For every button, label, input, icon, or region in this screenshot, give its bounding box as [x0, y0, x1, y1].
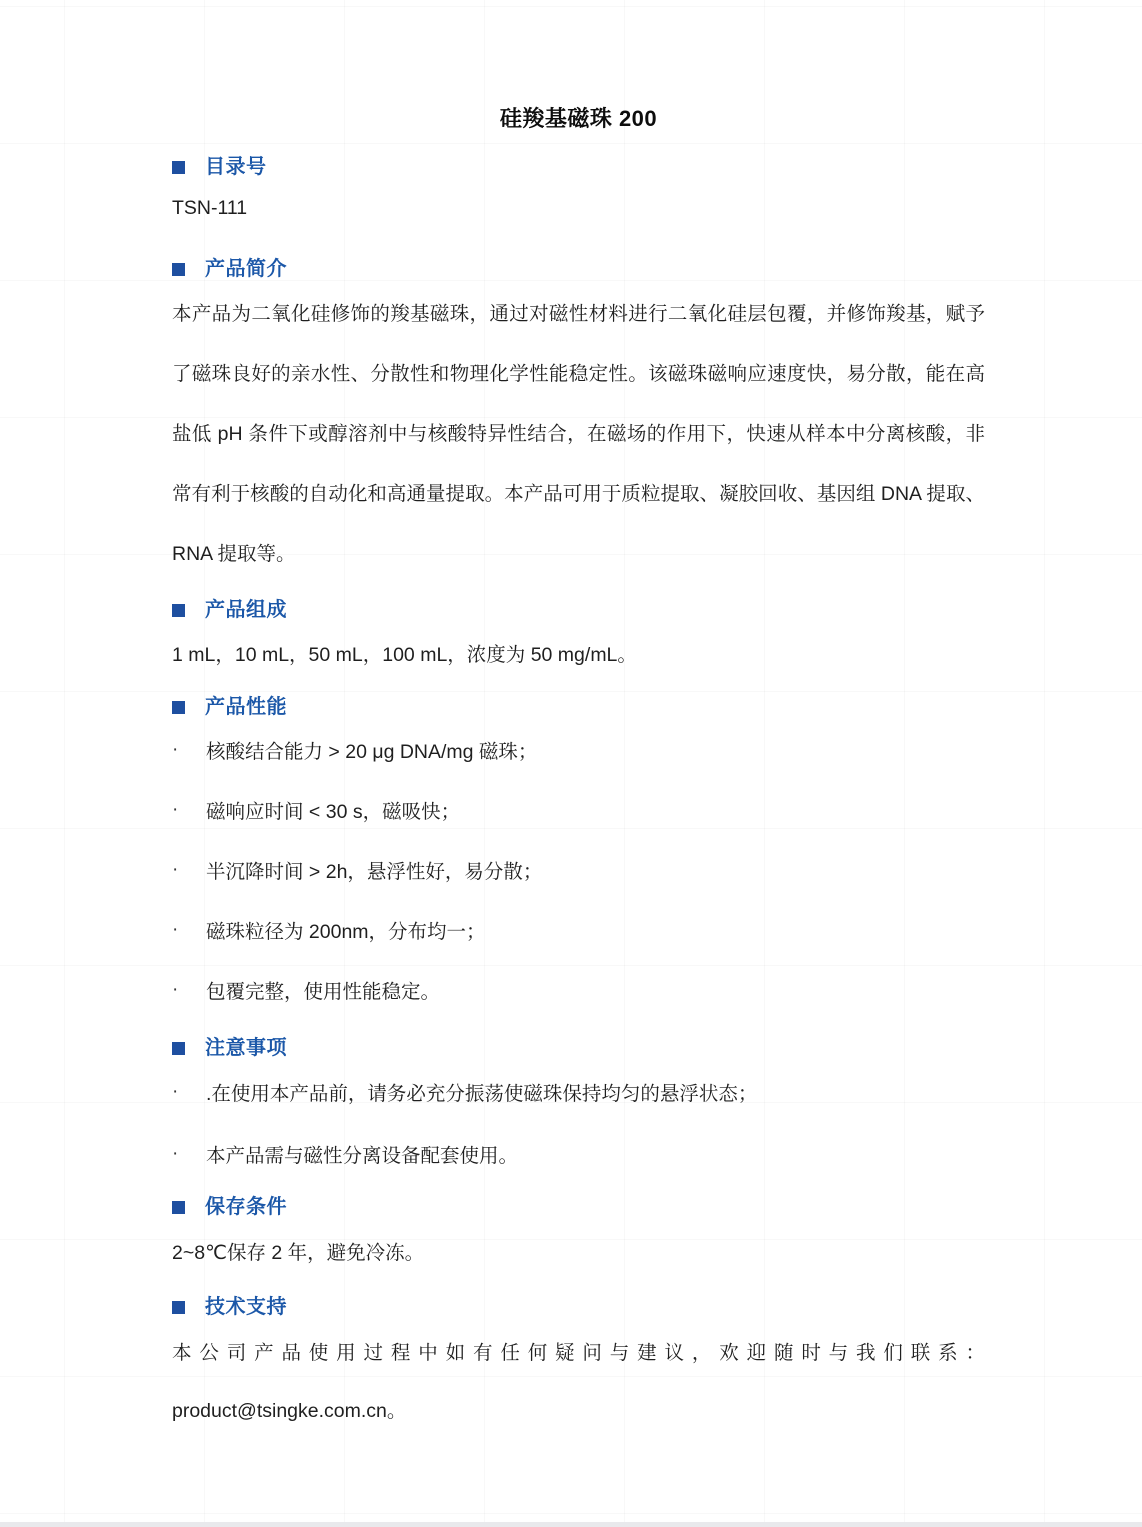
product-intro-paragraph: 本产品为二氧化硅修饰的羧基磁珠，通过对磁性材料进行二氧化硅层包覆，并修饰羧基，赋…	[172, 284, 985, 584]
bullet-dot-icon: ·	[172, 859, 206, 881]
section-marker-icon	[172, 1201, 185, 1214]
list-item-text: 磁响应时间 < 30 s，磁吸快；	[206, 796, 460, 824]
technical-support-text: 本公司产品使用过程中如有任何疑问与建议，欢迎随时与我们联系：	[172, 1340, 985, 1366]
section-heading-label: 注意事项	[205, 1035, 287, 1061]
technical-support-email: product@tsingke.com.cn。	[172, 1398, 985, 1424]
list-item-text: 磁珠粒径为 200nm，分布均一；	[206, 916, 486, 944]
storage-conditions-text: 2~8℃保存 2 年，避免冷冻。	[172, 1240, 985, 1266]
section-marker-icon	[172, 161, 185, 174]
list-item: · 核酸结合能力 > 20 μg DNA/mg 磁珠；	[172, 720, 985, 780]
page-bottom-edge	[0, 1522, 1142, 1527]
list-item-text: 核酸结合能力 > 20 μg DNA/mg 磁珠；	[206, 736, 537, 764]
bullet-dot-icon: ·	[172, 1143, 206, 1165]
section-heading-product-intro: 产品简介	[172, 256, 985, 282]
section-heading-catalog-number: 目录号	[172, 154, 985, 180]
page-title: 硅羧基磁珠 200	[172, 0, 985, 134]
bullet-dot-icon: ·	[172, 979, 206, 1001]
document-page: 硅羧基磁珠 200 目录号 TSN-111 产品简介 本产品为二氧化硅修饰的羧基…	[0, 0, 1142, 1527]
product-composition-text: 1 mL，10 mL，50 mL，100 mL，浓度为 50 mg/mL。	[172, 642, 985, 668]
list-item: · 磁响应时间 < 30 s，磁吸快；	[172, 780, 985, 840]
list-item: · 包覆完整，使用性能稳定。	[172, 960, 985, 1020]
section-heading-label: 产品组成	[205, 597, 287, 623]
section-marker-icon	[172, 1301, 185, 1314]
list-item-text: 半沉降时间 > 2h，悬浮性好，易分散；	[206, 856, 542, 884]
section-heading-label: 产品性能	[205, 694, 287, 720]
section-marker-icon	[172, 263, 185, 276]
section-marker-icon	[172, 604, 185, 617]
section-heading-precautions: 注意事项	[172, 1035, 985, 1061]
catalog-number-value: TSN-111	[172, 195, 985, 221]
section-heading-label: 产品简介	[205, 256, 287, 282]
list-item-text: 本产品需与磁性分离设备配套使用。	[206, 1140, 518, 1168]
section-heading-label: 保存条件	[205, 1194, 287, 1220]
bullet-dot-icon: ·	[172, 1081, 206, 1103]
bullet-dot-icon: ·	[172, 739, 206, 761]
section-heading-label: 目录号	[205, 154, 267, 180]
list-item-text: .在使用本产品前，请务必充分振荡使磁珠保持均匀的悬浮状态；	[206, 1078, 757, 1106]
section-heading-label: 技术支持	[205, 1294, 287, 1320]
document-content: 硅羧基磁珠 200 目录号 TSN-111 产品简介 本产品为二氧化硅修饰的羧基…	[172, 0, 985, 1424]
list-item-text: 包覆完整，使用性能稳定。	[206, 976, 440, 1004]
list-item: · 本产品需与磁性分离设备配套使用。	[172, 1123, 985, 1185]
bullet-dot-icon: ·	[172, 919, 206, 941]
precautions-bullet-list: · .在使用本产品前，请务必充分振荡使磁珠保持均匀的悬浮状态； · 本产品需与磁…	[172, 1061, 985, 1185]
section-heading-product-performance: 产品性能	[172, 694, 985, 720]
bullet-dot-icon: ·	[172, 799, 206, 821]
list-item: · 磁珠粒径为 200nm，分布均一；	[172, 900, 985, 960]
list-item: · 半沉降时间 > 2h，悬浮性好，易分散；	[172, 840, 985, 900]
section-heading-technical-support: 技术支持	[172, 1294, 985, 1320]
section-marker-icon	[172, 701, 185, 714]
section-marker-icon	[172, 1042, 185, 1055]
list-item: · .在使用本产品前，请务必充分振荡使磁珠保持均匀的悬浮状态；	[172, 1061, 985, 1123]
section-heading-storage-conditions: 保存条件	[172, 1194, 985, 1220]
performance-bullet-list: · 核酸结合能力 > 20 μg DNA/mg 磁珠； · 磁响应时间 < 30…	[172, 720, 985, 1020]
section-heading-product-composition: 产品组成	[172, 597, 985, 623]
